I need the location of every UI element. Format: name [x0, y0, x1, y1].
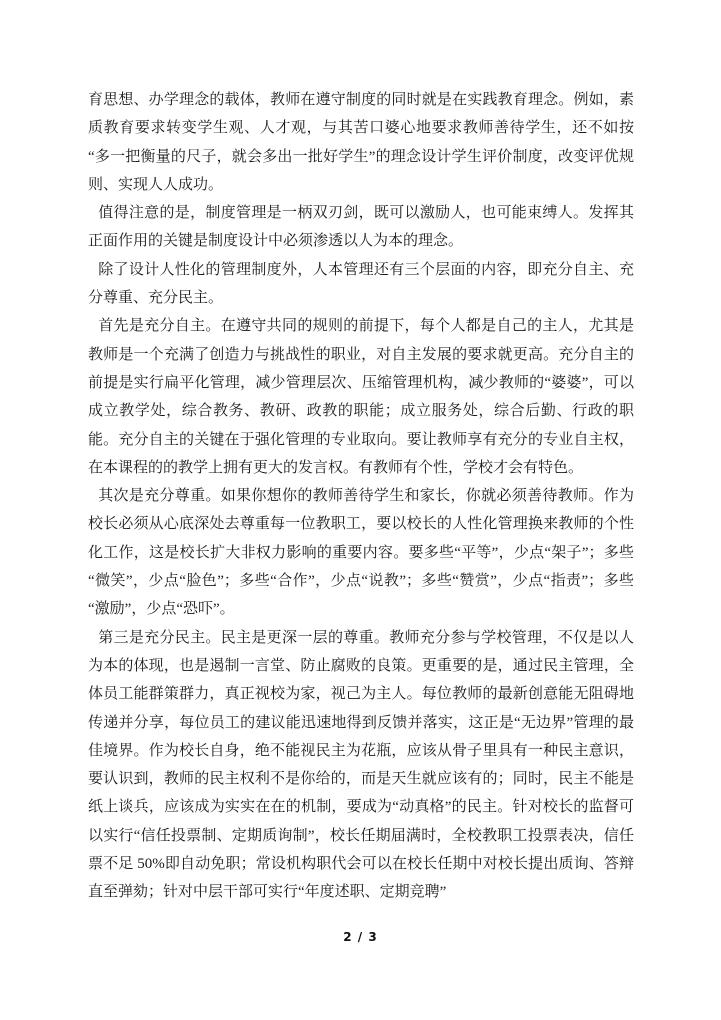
paragraph-three-levels-intro: 除了设计人性化的管理制度外，人本管理还有三个层面的内容，即充分自主、充分尊重、充…	[88, 256, 634, 313]
page-number: 2 / 3	[0, 930, 721, 944]
paragraph-continuation: 育思想、办学理念的载体，教师在遵守制度的同时就是在实践教育理念。例如，素质教育要…	[88, 86, 634, 199]
paragraph-full-autonomy: 首先是充分自主。在遵守共同的规则的前提下，每个人都是自己的主人，尤其是教师是一个…	[88, 312, 634, 482]
paragraph-institution-note: 值得注意的是，制度管理是一柄双刃剑，既可以激励人，也可能束缚人。发挥其正面作用的…	[88, 199, 634, 256]
paragraph-full-respect: 其次是充分尊重。如果你想你的教师善待学生和家长，你就必须善待教师。作为校长必须从…	[88, 482, 634, 623]
paragraph-full-democracy: 第三是充分民主。民主是更深一层的尊重。教师充分参与学校管理，不仅是以人为本的体现…	[88, 624, 634, 907]
document-page: 育思想、办学理念的载体，教师在遵守制度的同时就是在实践教育理念。例如，素质教育要…	[0, 0, 721, 1020]
document-body: 育思想、办学理念的载体，教师在遵守制度的同时就是在实践教育理念。例如，素质教育要…	[88, 86, 634, 907]
